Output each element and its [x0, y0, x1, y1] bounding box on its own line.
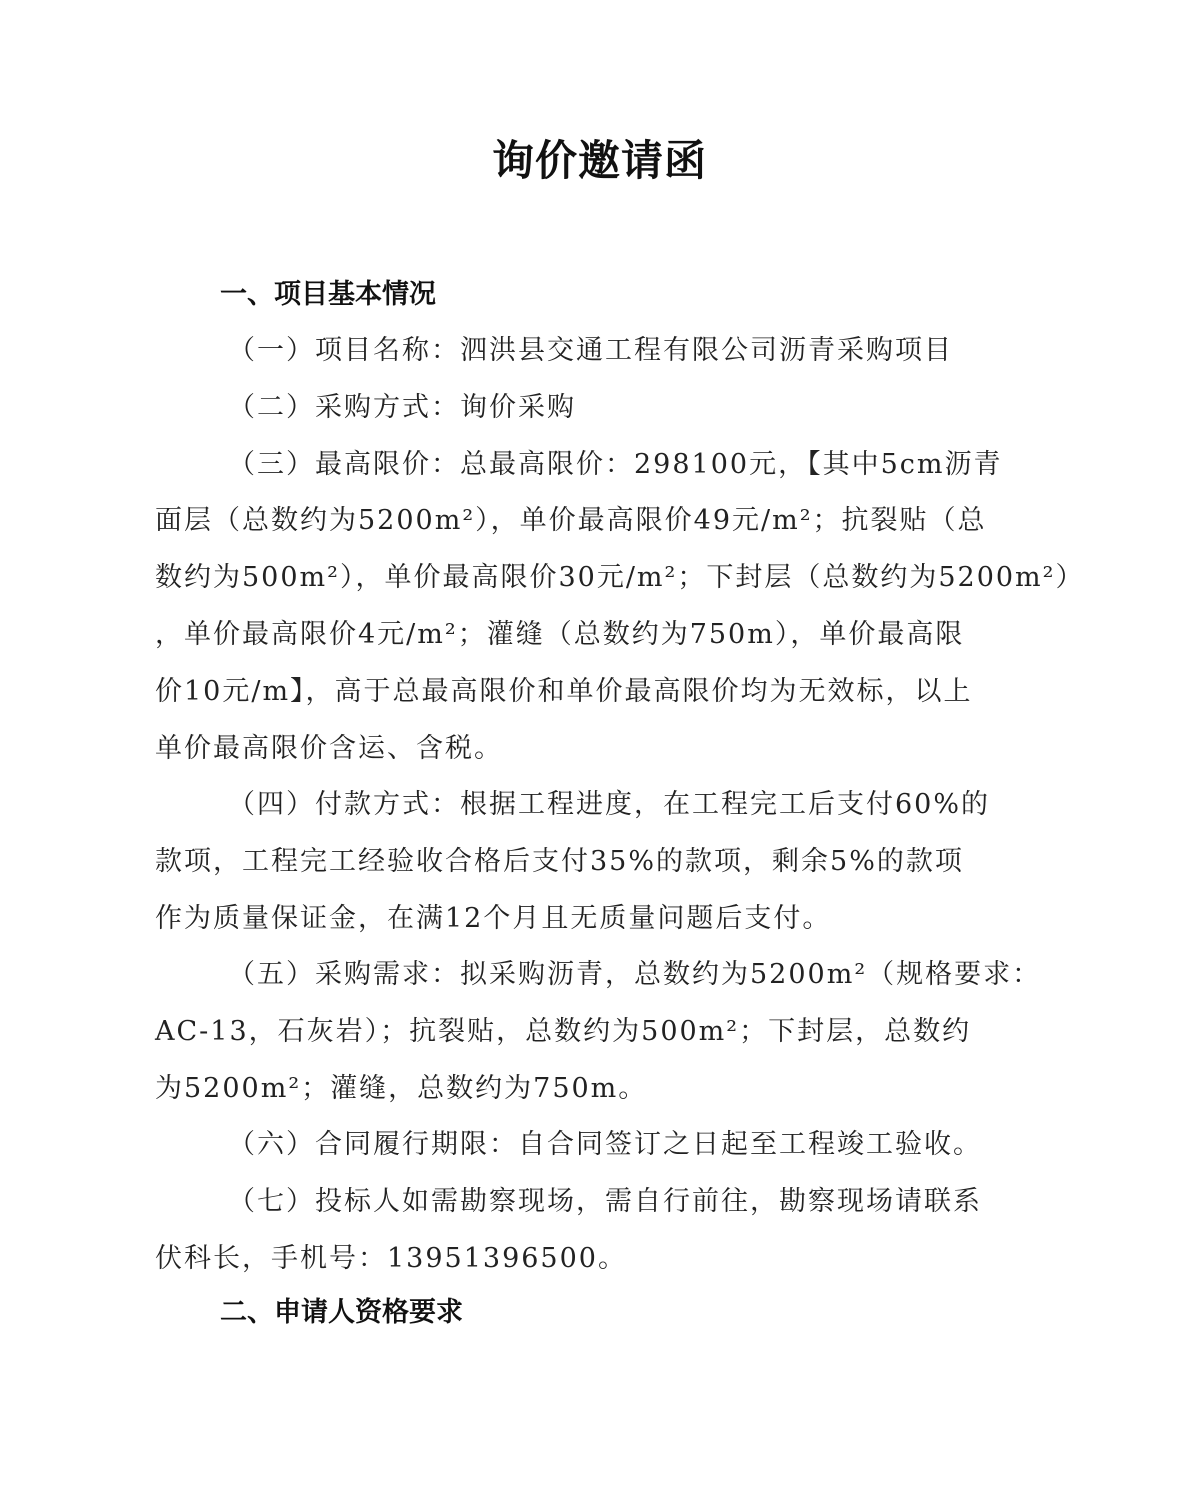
paragraph-line-contact: 伏科长，手机号：13951396500。 [155, 1236, 1045, 1275]
paragraph-line: ，单价最高限价4元/m²；灌缝（总数约为750m），单价最高限 [155, 612, 1045, 651]
paragraph-line: 数约为500m²），单价最高限价30元/m²；下封层（总数约为5200m²） [155, 555, 1045, 594]
item-contract-period: （六）合同履行期限：自合同签订之日起至工程竣工验收。 [228, 1122, 1118, 1161]
paragraph-line: 款项，工程完工经验收合格后支付35%的款项，剩余5%的款项 [155, 839, 1045, 878]
item-project-name: （一）项目名称：泗洪县交通工程有限公司沥青采购项目 [228, 328, 1118, 367]
paragraph-line: 为5200m²；灌缝，总数约为750m。 [155, 1066, 1045, 1105]
paragraph-line: 价10元/m】，高于总最高限价和单价最高限价均为无效标，以上 [155, 669, 1045, 708]
item-max-price: （三）最高限价：总最高限价：298100元，【其中5cm沥青 [228, 442, 1118, 481]
item-procurement-requirements: （五）采购需求：拟采购沥青，总数约为5200m²（规格要求： [228, 952, 1118, 991]
item-payment-method: （四）付款方式：根据工程进度，在工程完工后支付60%的 [228, 782, 1118, 821]
section-heading-project-info: 一、项目基本情况 [220, 272, 436, 311]
document-title: 询价邀请函 [0, 128, 1199, 188]
paragraph-line: 单价最高限价含运、含税。 [155, 726, 1045, 765]
item-procurement-method: （二）采购方式：询价采购 [228, 385, 1118, 424]
item-site-survey: （七）投标人如需勘察现场，需自行前往，勘察现场请联系 [228, 1179, 1118, 1218]
paragraph-line: AC-13，石灰岩）；抗裂贴，总数约为500m²；下封层，总数约 [155, 1009, 1045, 1048]
section-heading-applicant-qualifications: 二、申请人资格要求 [220, 1290, 463, 1329]
paragraph-line: 作为质量保证金，在满12个月且无质量问题后支付。 [155, 896, 1045, 935]
paragraph-line: 面层（总数约为5200m²），单价最高限价49元/m²；抗裂贴（总 [155, 498, 1045, 537]
